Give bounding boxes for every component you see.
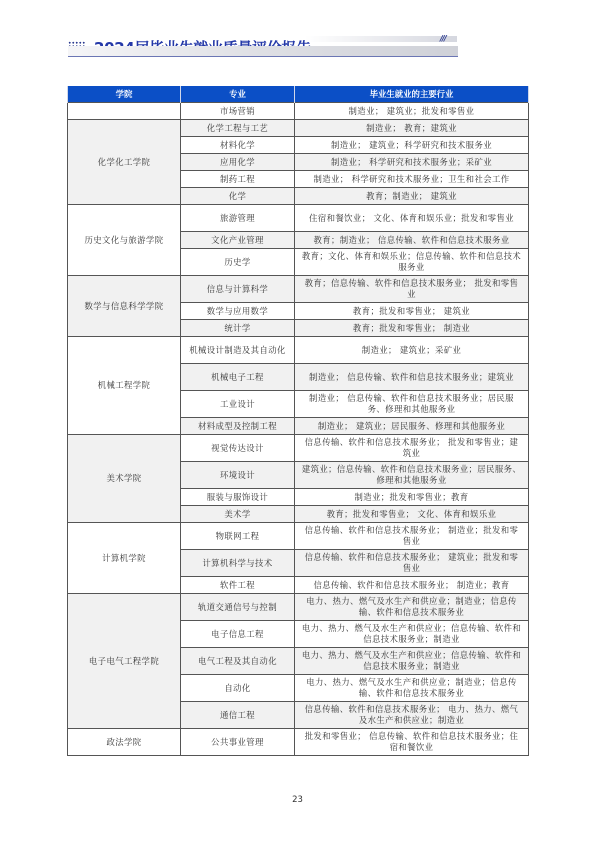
industries-cell: 批发和零售业； 信息传输、软件和信息技术服务业；住宿和餐饮业 (295, 729, 529, 756)
industries-cell: 制造业； 建筑业；居民服务、修理和其他服务业 (295, 418, 529, 435)
table-row: 化学化工学院 化学工程与工艺 制造业； 教育；建筑业 (68, 120, 529, 137)
college-cell: 电子电气工程学院 (68, 594, 181, 729)
major-cell: 旅游管理 (181, 205, 295, 232)
major-cell: 文化产业管理 (181, 232, 295, 249)
industries-cell: 电力、热力、燃气及水生产和供应业；制造业；信息传输、软件和信息技术服务业 (295, 675, 529, 702)
industries-cell: 制造业； 科学研究和技术服务业；采矿业 (295, 154, 529, 171)
major-cell: 材料化学 (181, 137, 295, 154)
page-number: 23 (0, 795, 595, 805)
table-header-row: 学院 专业 毕业生就业的主要行业 (68, 86, 529, 103)
column-header-college: 学院 (68, 86, 181, 103)
table-row: 美术学院 视觉传达设计 信息传输、软件和信息技术服务业； 批发和零售业；建筑业 (68, 435, 529, 462)
major-cell: 统计学 (181, 320, 295, 337)
industries-cell: 制造业； 建筑业；采矿业 (295, 337, 529, 364)
major-cell: 信息与计算科学 (181, 276, 295, 303)
industries-cell: 教育；文化、体育和娱乐业；信息传输、软件和信息技术服务业 (295, 249, 529, 276)
industries-cell: 制造业； 教育；建筑业 (295, 120, 529, 137)
college-cell: 历史文化与旅游学院 (68, 205, 181, 276)
column-header-major: 专业 (181, 86, 295, 103)
industries-cell: 制造业；批发和零售业；教育 (295, 489, 529, 506)
industries-cell: 制造业； 信息传输、软件和信息技术服务业；建筑业 (295, 364, 529, 391)
industries-cell: 电力、热力、燃气及水生产和供应业；信息传输、软件和信息技术服务业；制造业 (295, 648, 529, 675)
major-cell: 物联网工程 (181, 523, 295, 550)
major-cell: 工业设计 (181, 391, 295, 418)
major-cell: 历史学 (181, 249, 295, 276)
major-cell: 制药工程 (181, 171, 295, 188)
college-cell: 机械工程学院 (68, 337, 181, 435)
table-row: 计算机学院 物联网工程 信息传输、软件和信息技术服务业； 制造业；批发和零售业 (68, 523, 529, 550)
major-cell: 化学工程与工艺 (181, 120, 295, 137)
major-cell: 自动化 (181, 675, 295, 702)
industries-cell: 制造业； 建筑业；科学研究和技术服务业 (295, 137, 529, 154)
industries-cell: 教育；信息传输、软件和信息技术服务业； 批发和零售业 (295, 276, 529, 303)
table-row: 历史文化与旅游学院 旅游管理 住宿和餐饮业； 文化、体育和娱乐业；批发和零售业 (68, 205, 529, 232)
industry-table: 学院 专业 毕业生就业的主要行业 市场营销 制造业； 建筑业；批发和零售业 化学… (67, 86, 529, 756)
slashes-decoration-icon: /// (440, 34, 446, 43)
college-cell: 政法学院 (68, 729, 181, 756)
major-cell: 化学 (181, 188, 295, 205)
major-cell: 计算机科学与技术 (181, 550, 295, 577)
industries-cell: 信息传输、软件和信息技术服务业； 电力、热力、燃气及水生产和供应业；制造业 (295, 702, 529, 729)
major-cell: 应用化学 (181, 154, 295, 171)
table-row: 机械工程学院 机械设计制造及其自动化 制造业； 建筑业；采矿业 (68, 337, 529, 364)
college-cell: 数学与信息科学学院 (68, 276, 181, 337)
major-cell: 机械设计制造及其自动化 (181, 337, 295, 364)
college-cell (68, 103, 181, 120)
table-row: 市场营销 制造业； 建筑业；批发和零售业 (68, 103, 529, 120)
industries-cell: 制造业； 信息传输、软件和信息技术服务业；居民服务、修理和其他服务业 (295, 391, 529, 418)
table-row: 数学与信息科学学院 信息与计算科学 教育；信息传输、软件和信息技术服务业； 批发… (68, 276, 529, 303)
major-cell: 软件工程 (181, 577, 295, 594)
college-cell: 美术学院 (68, 435, 181, 523)
college-cell: 计算机学院 (68, 523, 181, 594)
industries-cell: 电力、热力、燃气及水生产和供应业；制造业；信息传输、软件和信息技术服务业 (295, 594, 529, 621)
major-cell: 环境设计 (181, 462, 295, 489)
industries-cell: 信息传输、软件和信息技术服务业； 批发和零售业；建筑业 (295, 435, 529, 462)
industries-cell: 教育；批发和零售业； 制造业 (295, 320, 529, 337)
major-cell: 材料成型及控制工程 (181, 418, 295, 435)
major-cell: 视觉传达设计 (181, 435, 295, 462)
industries-cell: 教育；制造业； 信息传输、软件和信息技术服务业 (295, 232, 529, 249)
major-cell: 数学与应用数学 (181, 303, 295, 320)
major-cell: 电子信息工程 (181, 621, 295, 648)
column-header-industries: 毕业生就业的主要行业 (295, 86, 529, 103)
industries-cell: 教育；批发和零售业； 文化、体育和娱乐业 (295, 506, 529, 523)
major-cell: 美术学 (181, 506, 295, 523)
college-cell: 化学化工学院 (68, 120, 181, 205)
major-cell: 服装与服饰设计 (181, 489, 295, 506)
major-cell: 市场营销 (181, 103, 295, 120)
table-row: 电子电气工程学院 轨道交通信号与控制 电力、热力、燃气及水生产和供应业；制造业；… (68, 594, 529, 621)
major-cell: 公共事业管理 (181, 729, 295, 756)
industries-cell: 教育；批发和零售业； 建筑业 (295, 303, 529, 320)
industries-cell: 住宿和餐饮业； 文化、体育和娱乐业；批发和零售业 (295, 205, 529, 232)
header-band-decoration (305, 36, 457, 42)
industries-cell: 制造业； 科学研究和技术服务业；卫生和社会工作 (295, 171, 529, 188)
industries-cell: 制造业； 建筑业；批发和零售业 (295, 103, 529, 120)
major-cell: 电气工程及其自动化 (181, 648, 295, 675)
header-bar-decoration (68, 46, 458, 57)
major-cell: 通信工程 (181, 702, 295, 729)
major-cell: 轨道交通信号与控制 (181, 594, 295, 621)
table-row: 政法学院 公共事业管理 批发和零售业； 信息传输、软件和信息技术服务业；住宿和餐… (68, 729, 529, 756)
industries-cell: 教育；制造业； 建筑业 (295, 188, 529, 205)
industries-cell: 信息传输、软件和信息技术服务业； 制造业；教育 (295, 577, 529, 594)
industries-cell: 信息传输、软件和信息技术服务业； 制造业；批发和零售业 (295, 523, 529, 550)
industries-cell: 电力、热力、燃气及水生产和供应业；信息传输、软件和信息技术服务业；制造业 (295, 621, 529, 648)
major-cell: 机械电子工程 (181, 364, 295, 391)
industries-cell: 建筑业；信息传输、软件和信息技术服务业；居民服务、修理和其他服务业 (295, 462, 529, 489)
industries-cell: 信息传输、软件和信息技术服务业； 建筑业；批发和零售业 (295, 550, 529, 577)
